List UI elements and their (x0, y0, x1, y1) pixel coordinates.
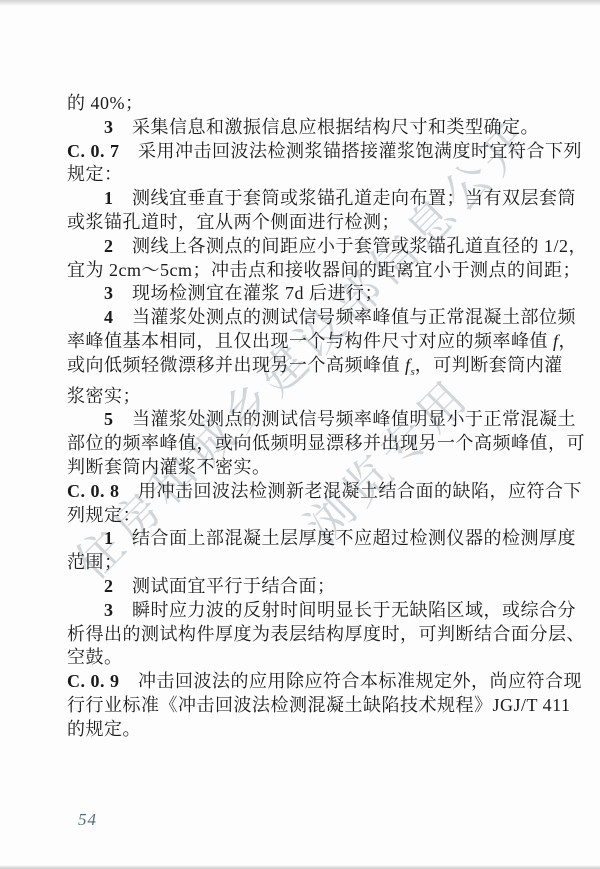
text-line: 析得出的测试构件厚度为表层结构厚度时，可判断结合面分层、 (67, 623, 545, 647)
text-line: 率峰值基本相同，且仅出现一个与构件尺寸对应的频率峰值 f， (67, 330, 545, 354)
text-line: 3 现场检测宜在灌浆 7d 后进行； (67, 282, 545, 306)
text-line: 浆密实； (67, 385, 545, 409)
text-line: C. 0. 7 采用冲击回波法检测浆锚搭接灌浆饱满度时宜符合下列 (67, 140, 545, 164)
text-line: 4 当灌浆处测点的测试信号频率峰值与正常混凝土部位频 (67, 306, 545, 330)
text-line: 1 测线宜垂直于套筒或浆锚孔道走向布置；当有双层套筒 (67, 187, 545, 211)
text-line: 的规定。 (67, 718, 545, 742)
text-line: 空鼓。 (67, 646, 545, 670)
text-line: 3 瞬时应力波的反射时间明显长于无缺陷区域，或综合分 (67, 599, 545, 623)
scan-edge-top (0, 0, 600, 6)
text-line: 或向低频轻微漂移并出现另一个高频峰值 fs，可判断套筒内灌 (67, 354, 545, 385)
page-number: 54 (78, 810, 97, 830)
text-line: 1 结合面上部混凝土层厚度不应超过检测仪器的检测厚度 (67, 527, 545, 551)
text-line: 3 采集信息和激振信息应根据结构尺寸和类型确定。 (67, 116, 545, 140)
text-line: C. 0. 8 用冲击回波法检测新老混凝土结合面的缺陷，应符合下 (67, 480, 545, 504)
text-block: 的 40%； 3 采集信息和激振信息应根据结构尺寸和类型确定。C. 0. 7 采… (67, 92, 545, 742)
document-page: 住房和城乡建设部信息公开 浏览专用 的 40%； 3 采集信息和激振信息应根据结… (0, 0, 600, 869)
text-line: 范围； (67, 551, 545, 575)
text-line: 列规定： (67, 504, 545, 528)
text-line: 规定： (67, 163, 545, 187)
text-line: 的 40%； (67, 92, 545, 116)
text-line: 2 测线上各测点的间距应小于套管或浆锚孔道直径的 1/2， (67, 235, 545, 259)
text-line: 5 当灌浆处测点的测试信号频率峰值明显小于正常混凝土 (67, 408, 545, 432)
text-line: 2 测试面宜平行于结合面； (67, 575, 545, 599)
scan-edge-bottom (0, 865, 600, 869)
text-line: 判断套筒内灌浆不密实。 (67, 456, 545, 480)
text-line: 行行业标准《冲击回波法检测混凝土缺陷技术规程》JGJ/T 411 (67, 694, 545, 718)
text-line: 部位的频率峰值，或向低频明显漂移并出现另一个高频峰值，可 (67, 432, 545, 456)
text-line: C. 0. 9 冲击回波法的应用除应符合本标准规定外，尚应符合现 (67, 670, 545, 694)
text-line: 宜为 2cm～5cm；冲击点和接收器间的距离宜小于测点的间距； (67, 259, 545, 283)
text-line: 或浆锚孔道时，宜从两个侧面进行检测； (67, 211, 545, 235)
